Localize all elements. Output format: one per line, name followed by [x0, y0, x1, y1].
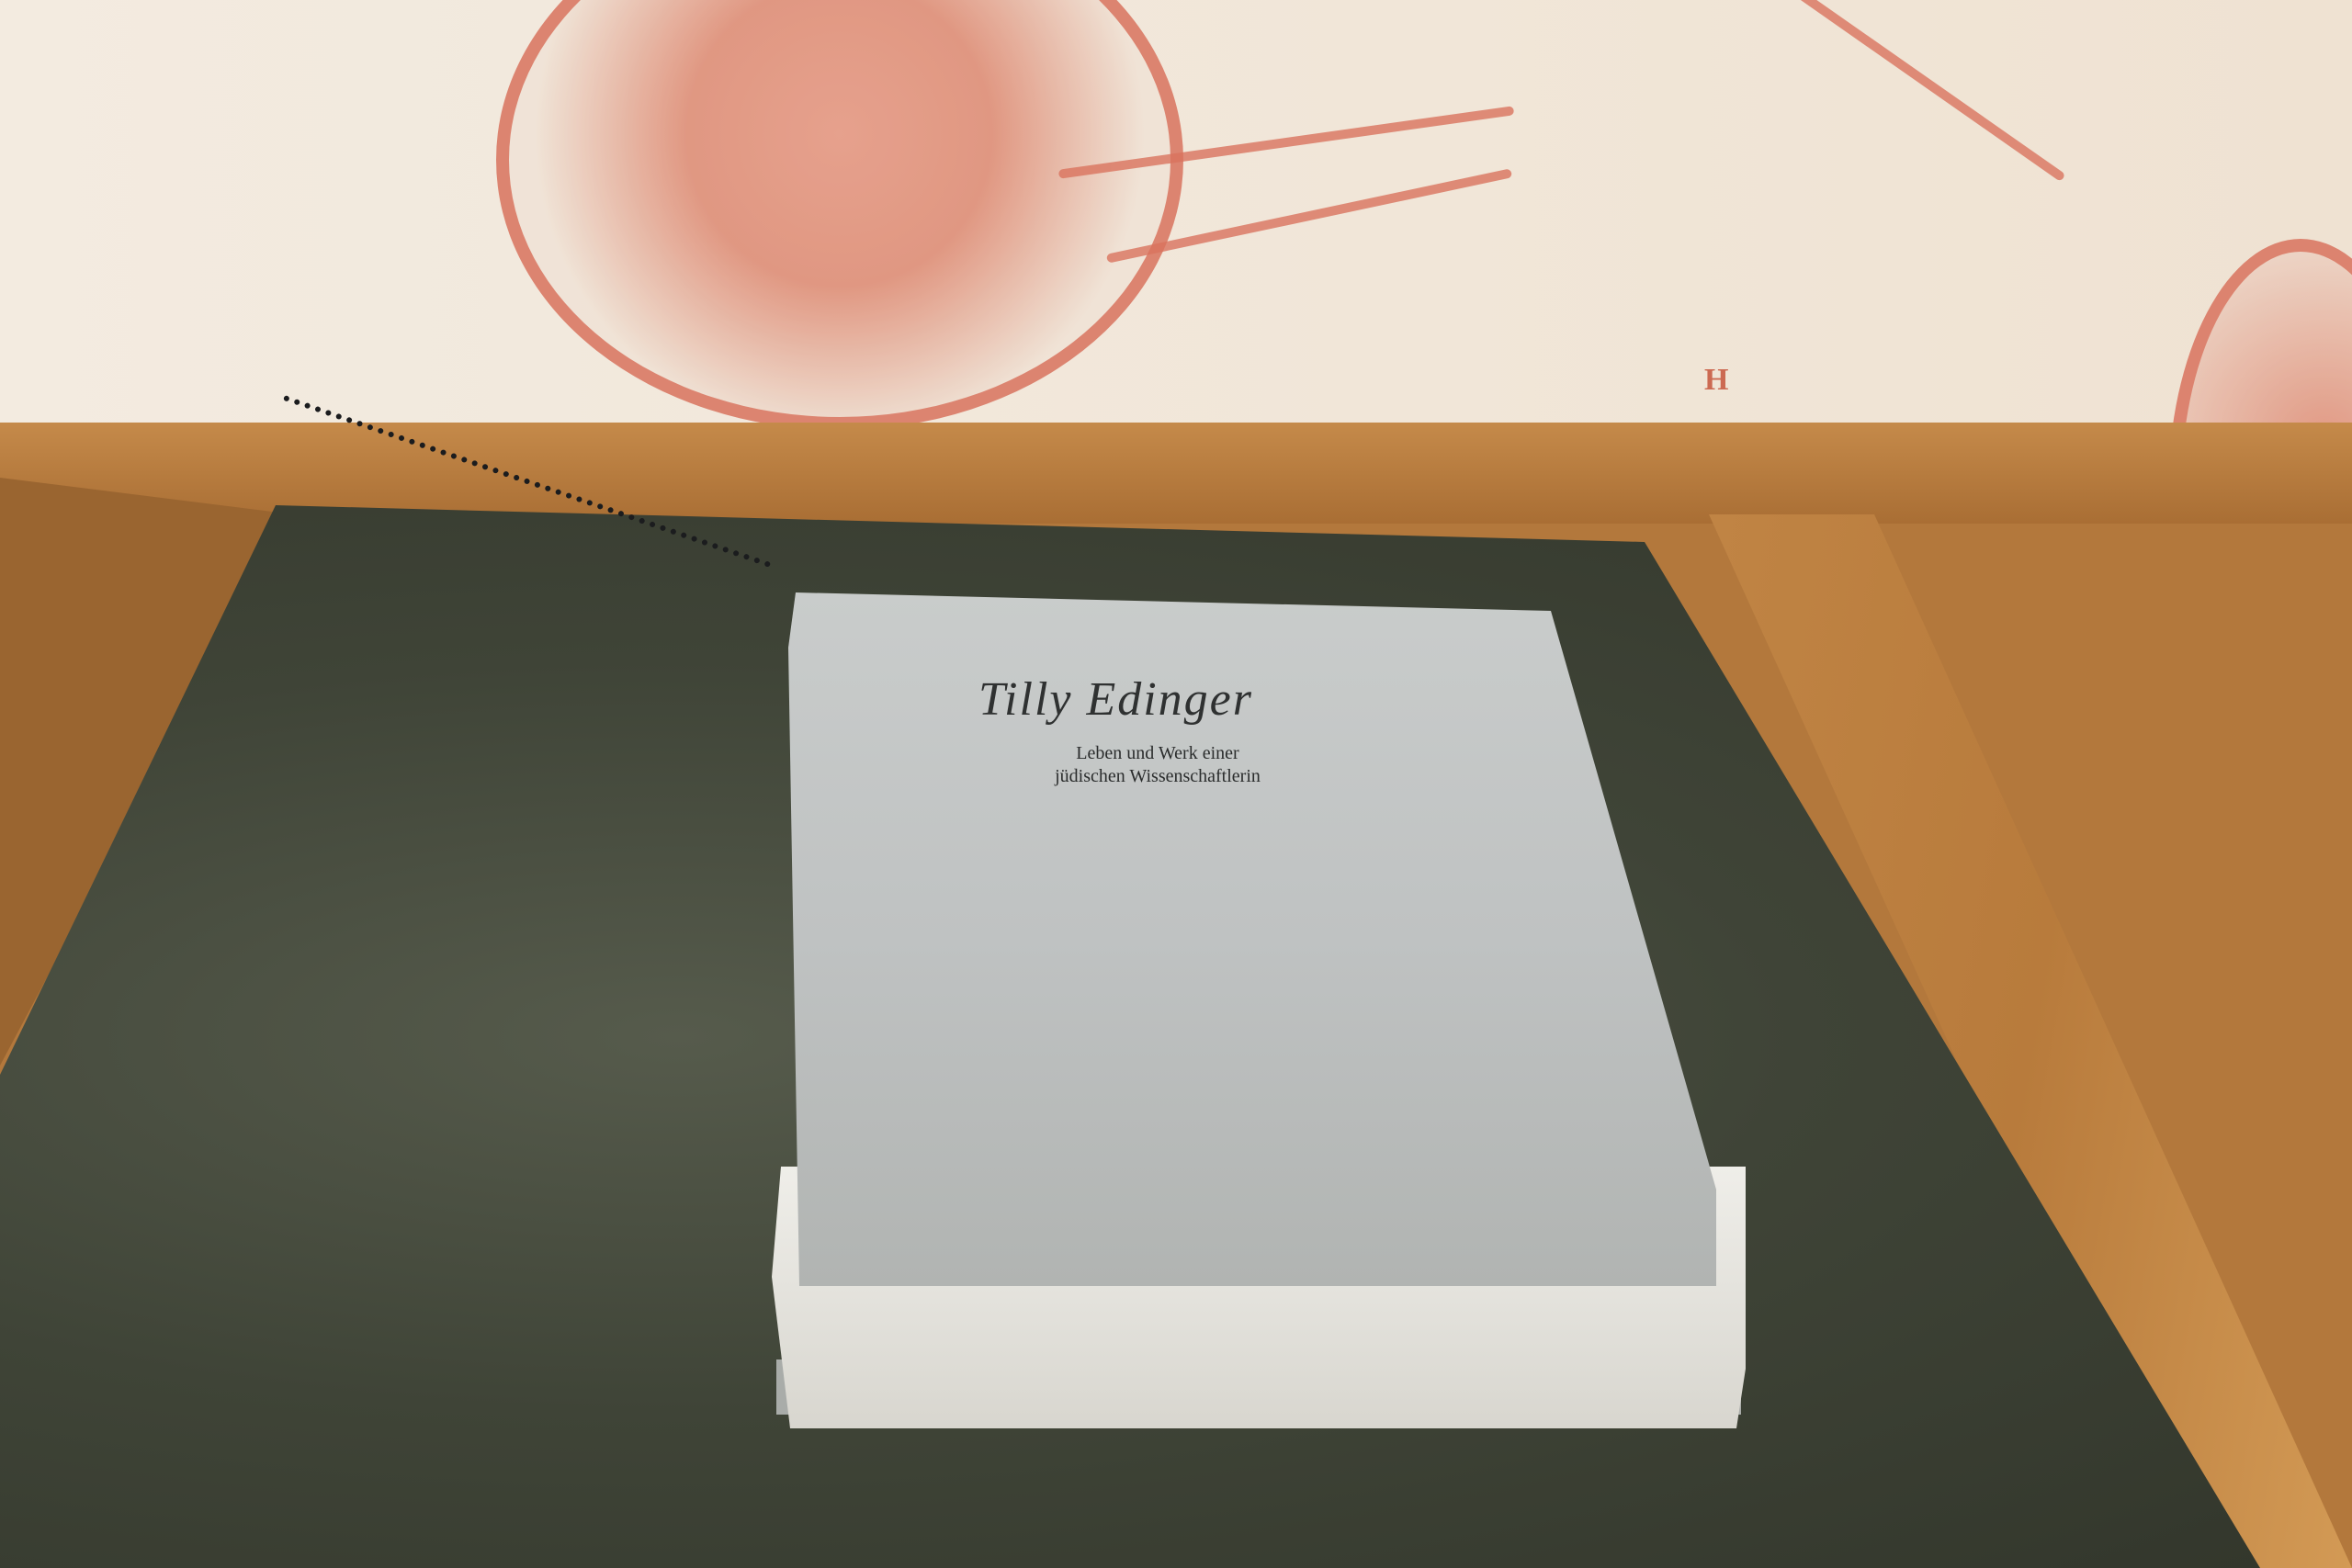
- illustration-label: H: [1704, 363, 1728, 398]
- book-subtitle-line2: jüdischen Wissenschaftlerin: [992, 765, 1323, 788]
- book-title: Tilly Edinger: [978, 672, 1253, 727]
- book-subtitle: Leben und Werk einer jüdischen Wissensch…: [992, 742, 1323, 788]
- book-subtitle-line1: Leben und Werk einer: [992, 742, 1323, 765]
